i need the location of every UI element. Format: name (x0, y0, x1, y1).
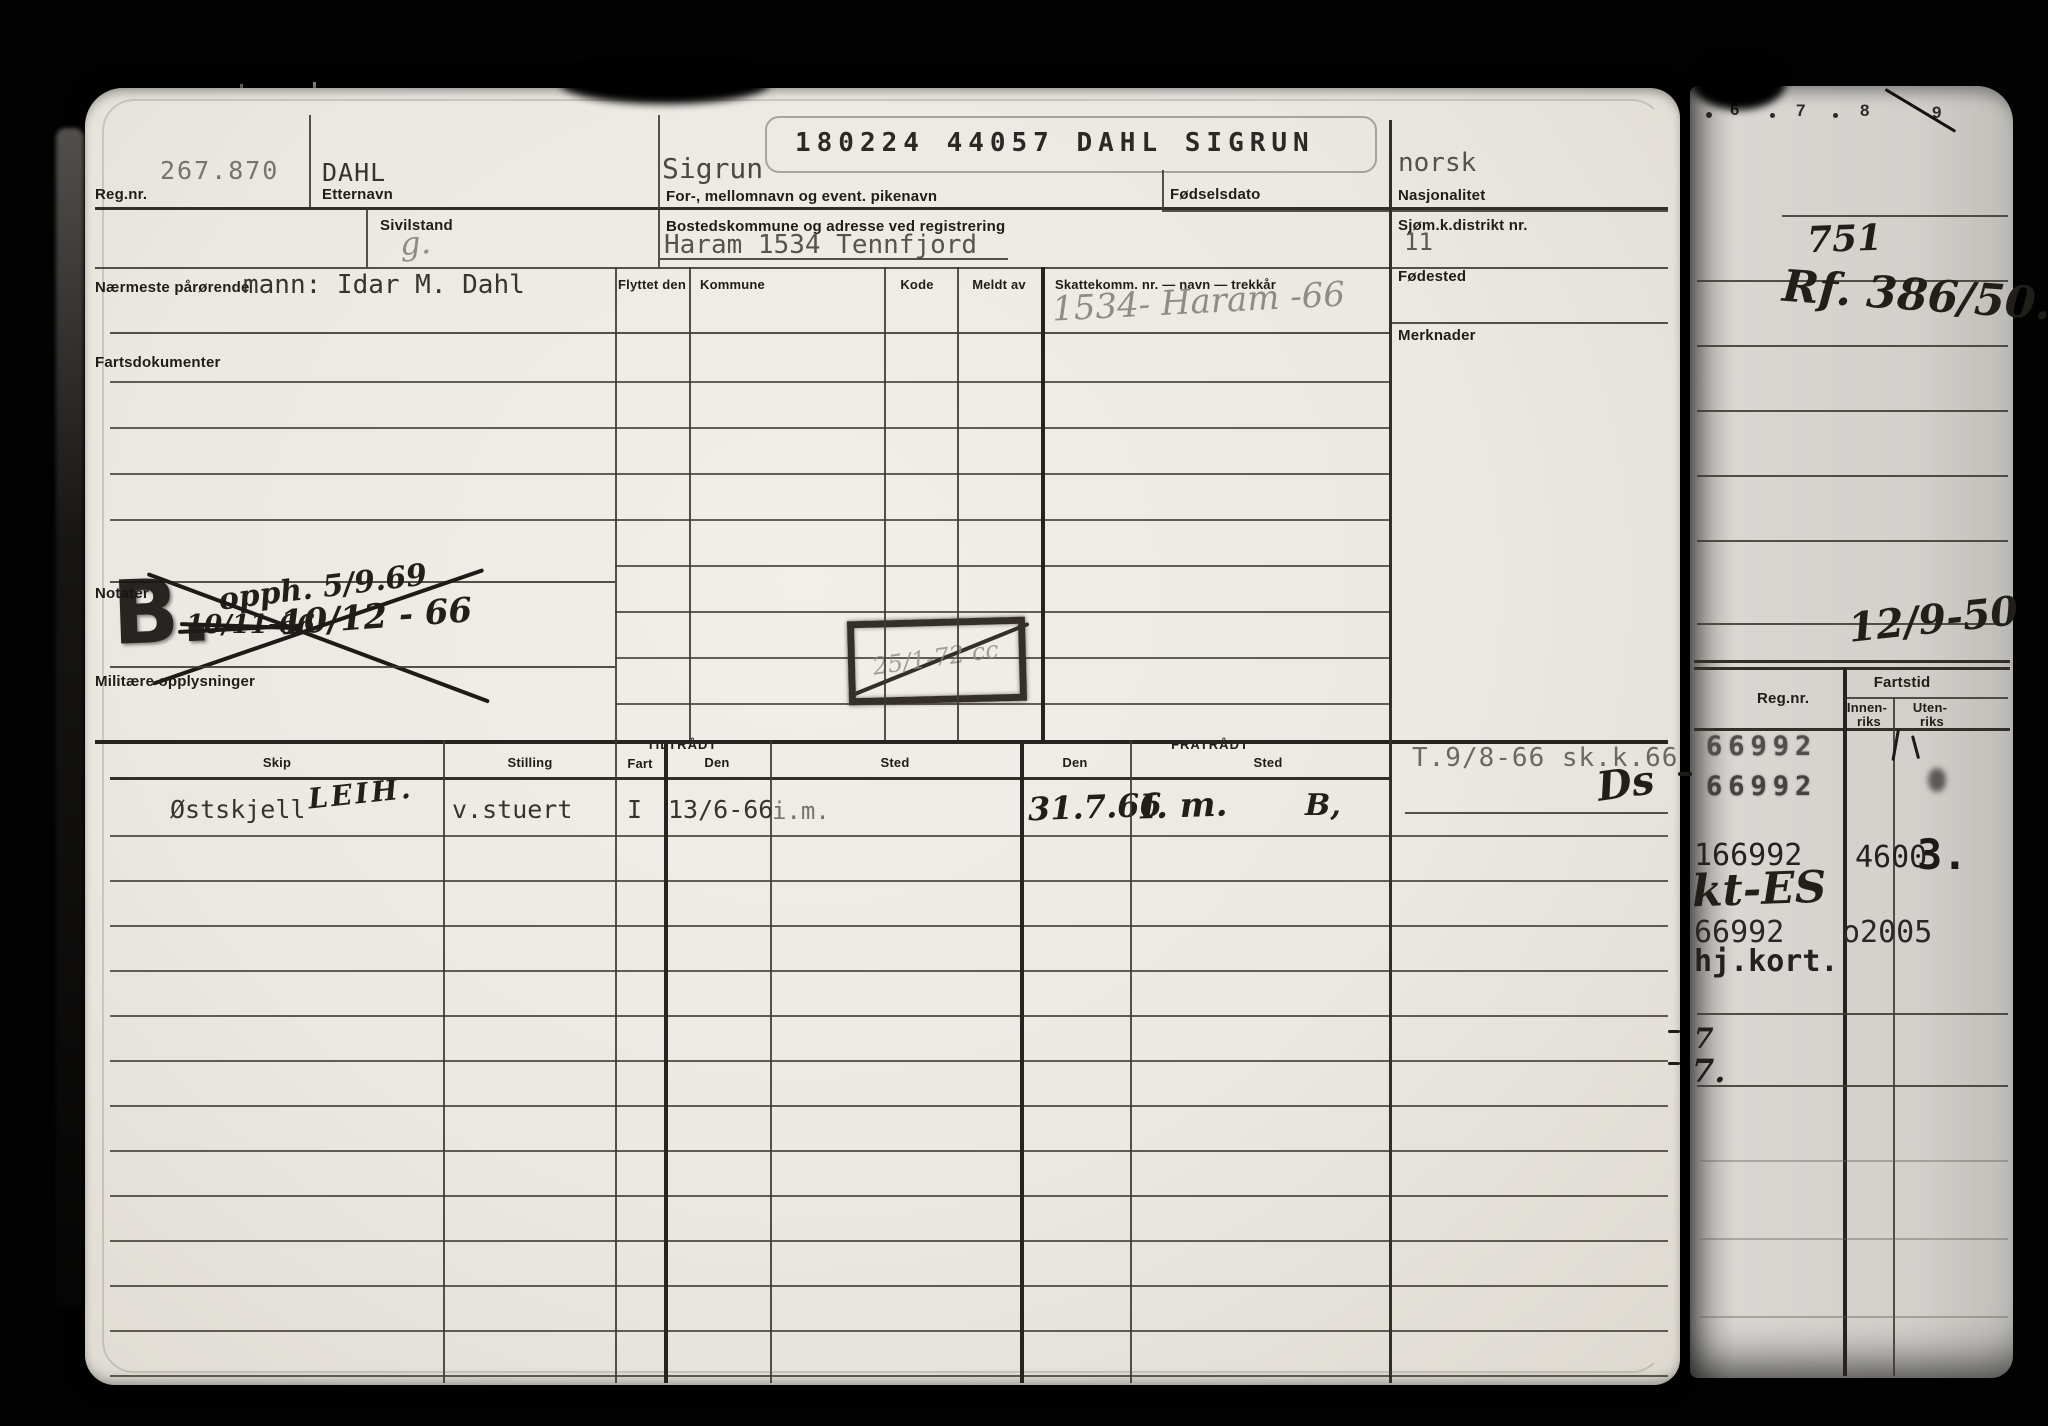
flyttet-den-label: Flyttet den (618, 277, 686, 292)
divider (1697, 475, 2008, 477)
sted-header: Sted (881, 755, 910, 770)
bosted-underline (660, 258, 1008, 260)
ink-smudge (1928, 768, 1946, 792)
divider (1697, 345, 2008, 347)
side-stamp-number: 66992 (1706, 771, 1817, 802)
divider (1697, 410, 2008, 412)
side-row1-added: 3. (1917, 830, 1968, 879)
divider (1162, 210, 1668, 212)
sivilstand-value: g. (399, 223, 432, 263)
divider (658, 115, 660, 267)
divider (309, 115, 311, 207)
table-row-lines (110, 835, 1668, 1383)
bosted-value: Haram 1534 Tennfjord (664, 230, 977, 260)
notater-bottom-line (110, 666, 615, 668)
fodselsdato-label: Fødselsdato (1170, 186, 1261, 203)
ruled-lines (110, 381, 615, 523)
fart-header: Fart (627, 756, 652, 771)
side-ref-no: 751 (1806, 217, 1883, 262)
shadow-blob (560, 62, 770, 104)
divider (1392, 322, 1668, 324)
pen-tick (1668, 1030, 1680, 1033)
divider (443, 740, 445, 1383)
divider (1843, 667, 1847, 1376)
kode-label: Kode (900, 277, 933, 292)
divider (615, 267, 617, 1383)
militare-label: Militære opplysninger (95, 673, 255, 690)
photo-of-register-card: 0 6 7 8 9 180224 44057 DAHL SIGRUN 267.8… (0, 0, 2048, 1426)
nasjonalitet-value: norsk (1398, 148, 1476, 178)
fratradt-sted-header: Sted (1254, 755, 1283, 770)
fodested-label: Fødested (1398, 268, 1466, 285)
fart-value: I (627, 795, 642, 824)
parorende-value: mann: Idar M. Dahl (243, 270, 525, 300)
distrikt-value: 11 (1404, 228, 1433, 256)
ruler-mark-7: 7 (1796, 101, 1805, 121)
divider (1697, 1013, 2008, 1015)
signature: Ds (1594, 756, 1657, 811)
divider (366, 207, 368, 267)
divider (1694, 667, 2010, 670)
divider (1162, 170, 1164, 210)
innenriks-label2: riks (1857, 714, 1881, 729)
divider (1700, 1160, 2008, 1162)
divider (1782, 215, 2008, 217)
side-fartstid-label: Fartstid (1874, 674, 1931, 691)
divider (1130, 740, 1132, 1383)
divider (1700, 1316, 2008, 1318)
etternavn-label: Etternavn (322, 186, 393, 203)
stilling-header: Stilling (508, 755, 553, 770)
divider (770, 740, 772, 1383)
meldt-av-label: Meldt av (972, 277, 1026, 292)
divider (884, 267, 886, 740)
pen-tick (1668, 1062, 1680, 1065)
divider (1697, 1085, 2008, 1087)
side-stamp-number: 66992 (1706, 731, 1817, 762)
reg-nr-label: Reg.nr. (95, 186, 147, 203)
merknader-label: Merknader (1398, 327, 1476, 344)
fratradt-sted-value: I. m. (1139, 784, 1228, 827)
divider (1697, 540, 2008, 542)
ship-name: Østskjell (170, 795, 305, 824)
utenriks-label: Uten- (1913, 700, 1947, 715)
side-regnr-label: Reg.nr. (1757, 690, 1809, 707)
nasjonalitet-label: Nasjonalitet (1398, 187, 1485, 204)
skip-header: Skip (263, 755, 291, 770)
fornavn-value: Sigrun (662, 152, 763, 185)
divider (1020, 740, 1024, 1383)
divider (957, 267, 959, 740)
tiltradt-den-value: 13/6-66 (668, 795, 773, 824)
ruler-dot (1833, 113, 1838, 118)
divider (1893, 698, 1895, 1376)
divider (1405, 812, 1668, 814)
fornavn-label: For-, mellomnavn og event. pikenavn (666, 188, 937, 205)
den-header: Den (704, 755, 729, 770)
divider (1845, 697, 2008, 699)
divider (1041, 267, 1045, 740)
kommune-label: Kommune (700, 277, 765, 292)
stamp-header-text: 180224 44057 DAHL SIGRUN (795, 128, 1315, 158)
divider (95, 267, 1668, 269)
divider (1389, 120, 1392, 1383)
stilling-value: v.stuert (452, 795, 572, 824)
ruler-dot (1770, 113, 1775, 118)
page-edge-sliver (56, 128, 84, 1308)
etternavn-value: DAHL (322, 158, 386, 187)
side-row2-innen: o2005 (1842, 915, 1932, 950)
fratradt-mark: B, (1305, 788, 1341, 823)
shadow-blob (1692, 54, 1786, 110)
side-mark: 7 (1694, 1022, 1713, 1055)
pen-tick (1678, 772, 1692, 776)
innenriks-label: Innen- (1847, 700, 1887, 715)
table-header-line (110, 777, 1389, 780)
divider (1700, 1238, 2008, 1240)
divider (689, 267, 691, 740)
ruler-mark-8: 8 (1860, 101, 1869, 121)
side-row2-note: hj.kort. (1694, 944, 1839, 979)
ruler-dot (1706, 112, 1712, 118)
tiltradt-sted-value: i.m. (772, 797, 830, 825)
table-top-line (95, 740, 1668, 744)
utenriks-label2: riks (1920, 714, 1944, 729)
fartsdokumenter-label: Fartsdokumenter (95, 354, 221, 371)
reg-nr-value: 267.870 (160, 156, 279, 185)
divider (664, 740, 668, 1383)
divider (1694, 660, 2010, 663)
parorende-label: Nærmeste pårørende (95, 279, 250, 296)
side-scribble: kt-ES (1691, 862, 1827, 918)
divider (110, 332, 1389, 334)
fratradt-den-header: Den (1062, 755, 1087, 770)
